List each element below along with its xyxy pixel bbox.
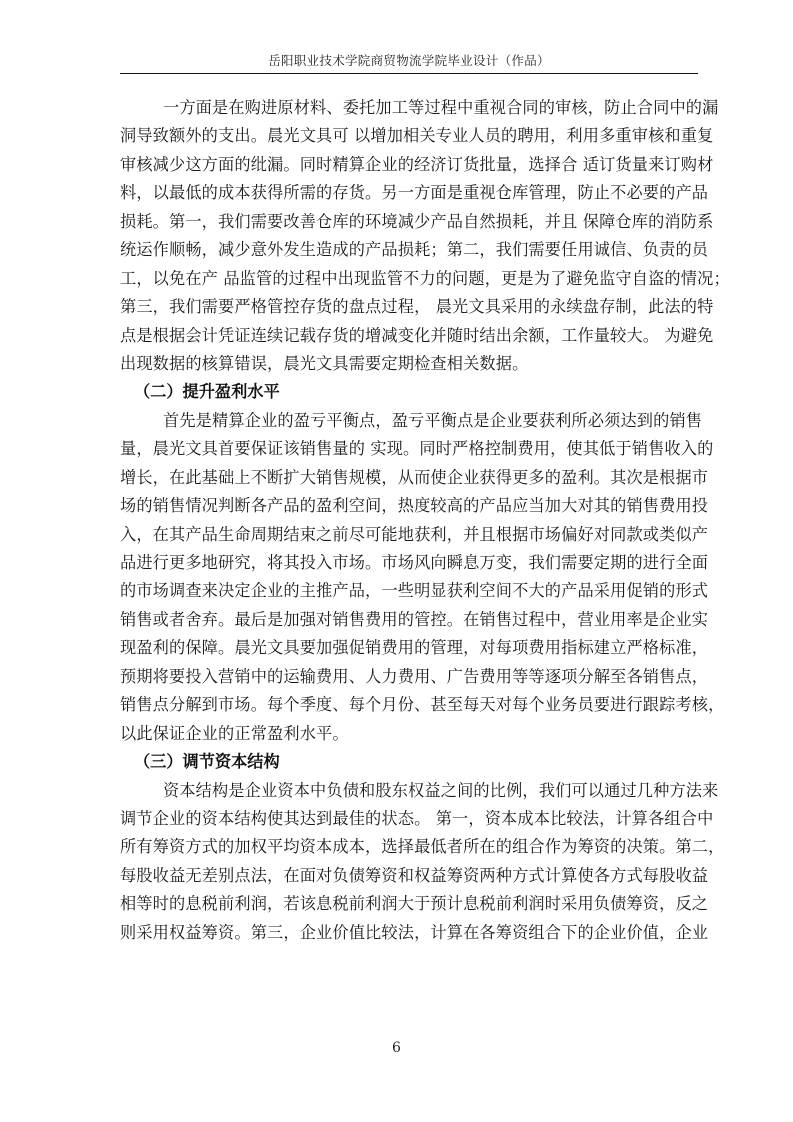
page-number: 6 xyxy=(0,1040,793,1056)
header-divider xyxy=(120,73,698,74)
paragraph-capital-structure: 资本结构是企业资本中负债和股东权益之间的比例，我们可以通过几种方法来 调节企业的… xyxy=(120,777,700,948)
text-line: 统运作顺畅，减少意外发生造成的产品损耗；第二，我们需要任用诚信、负责的员 xyxy=(120,236,700,264)
text-line: 的市场调查来决定企业的主推产品，一些明显获利空间不大的产品采用促销的形式 xyxy=(120,577,700,605)
text-line: 所有筹资方式的加权平均资本成本，选择最低者所在的组合作为筹资的决策。第二， xyxy=(120,833,700,861)
text-line: 销售或者舍弃。最后是加强对销售费用的管控。在销售过程中，营业用率是企业实 xyxy=(120,606,700,634)
text-line: 洞导致额外的支出。晨光文具可 以增加相关专业人员的聘用，利用多重审核和重复 xyxy=(120,122,700,150)
text-line: 以此保证企业的正常盈利水平。 xyxy=(120,720,700,748)
section-heading-capital-structure: （三）调节资本结构 xyxy=(120,748,700,776)
text-line: 首先是精算企业的盈亏平衡点，盈亏平衡点是企业要获利所必须达到的销售 xyxy=(120,407,700,435)
text-line: 工，以免在产 品监管的过程中出现监管不力的问题，更是为了避免监守自盗的情况； xyxy=(120,265,700,293)
paragraph-inventory-management: 一方面是在购进原材料、委托加工等过程中重视合同的审核，防止合同中的漏 洞导致额外… xyxy=(120,94,700,378)
text-line: 预期将要投入营销中的运输费用、人力费用、广告费用等等逐项分解至各销售点， xyxy=(120,663,700,691)
text-line: 增长，在此基础上不断扩大销售规模，从而使企业获得更多的盈利。其次是根据市 xyxy=(120,464,700,492)
running-header: 岳阳职业技术学院商贸物流学院毕业设计（作品） xyxy=(120,53,698,69)
text-line: 则采用权益筹资。第三，企业价值比较法，计算在各筹资组合下的企业价值，企业 xyxy=(120,919,700,947)
text-line: 第三，我们需要严格管控存货的盘点过程， 晨光文具采用的永续盘存制，此法的特 xyxy=(120,293,700,321)
text-line: 销售点分解到市场。每个季度、每个月份、甚至每天对每个业务员要进行跟踪考核， xyxy=(120,691,700,719)
text-line: 量，晨光文具首要保证该销售量的 实现。同时严格控制费用，使其低于销售收入的 xyxy=(120,435,700,463)
text-line: 出现数据的核算错误，晨光文具需要定期检查相关数据。 xyxy=(120,350,700,378)
text-line: 调节企业的资本结构使其达到最佳的状态。 第一，资本成本比较法，计算各组合中 xyxy=(120,805,700,833)
text-line: 审核减少这方面的纰漏。同时精算企业的经济订货批量，选择合 适订货量来订购材 xyxy=(120,151,700,179)
text-line: 料，以最低的成本获得所需的存货。另一方面是重视仓库管理，防止不必要的产品 xyxy=(120,179,700,207)
paragraph-profitability: 首先是精算企业的盈亏平衡点，盈亏平衡点是企业要获利所必须达到的销售 量，晨光文具… xyxy=(120,407,700,748)
text-line: 品进行更多地研究，将其投入市场。市场风向瞬息万变，我们需要定期的进行全面 xyxy=(120,549,700,577)
section-heading-profitability: （二）提升盈利水平 xyxy=(120,378,700,406)
text-line: 点是根据会计凭证连续记载存货的增减变化并随时结出余额，工作量较大。 为避免 xyxy=(120,322,700,350)
text-line: 相等时的息税前利润，若该息税前利润大于预计息税前利润时采用负债筹资，反之 xyxy=(120,890,700,918)
text-line: 损耗。第一，我们需要改善仓库的环境减少产品自然损耗，并且 保障仓库的消防系 xyxy=(120,208,700,236)
text-line: 入，在其产品生命周期结束之前尽可能地获利，并且根据市场偏好对同款或类似产 xyxy=(120,521,700,549)
text-line: 每股收益无差别点法，在面对负债筹资和权益筹资两种方式计算使各方式每股收益 xyxy=(120,862,700,890)
text-line: 现盈利的保障。晨光文具要加强促销费用的管理，对每项费用指标建立严格标准， xyxy=(120,634,700,662)
text-line: 资本结构是企业资本中负债和股东权益之间的比例，我们可以通过几种方法来 xyxy=(120,777,700,805)
text-line: 一方面是在购进原材料、委托加工等过程中重视合同的审核，防止合同中的漏 xyxy=(120,94,700,122)
document-body: 一方面是在购进原材料、委托加工等过程中重视合同的审核，防止合同中的漏 洞导致额外… xyxy=(120,94,700,947)
text-line: 场的销售情况判断各产品的盈利空间，热度较高的产品应当加大对其的销售费用投 xyxy=(120,492,700,520)
document-page: 岳阳职业技术学院商贸物流学院毕业设计（作品） 一方面是在购进原材料、委托加工等过… xyxy=(0,0,793,1122)
